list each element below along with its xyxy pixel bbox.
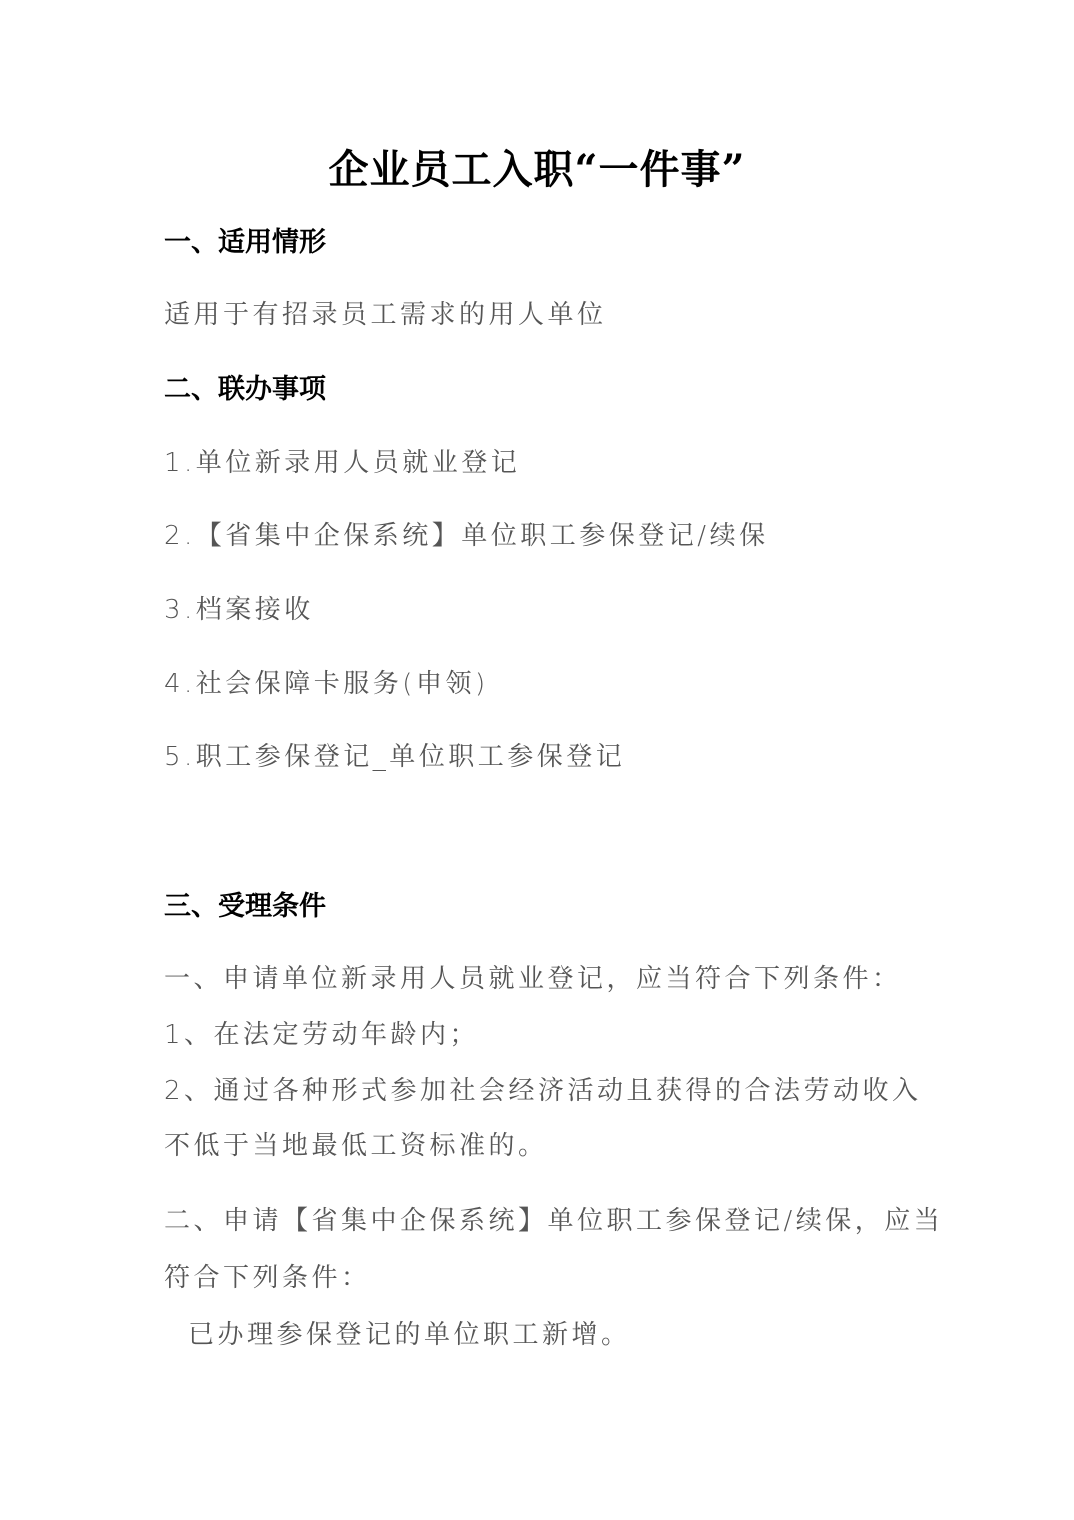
section-paragraph: 二、申请【省集中企保系统】单位职工参保登记/续保，应当 (164, 1203, 943, 1239)
document-title: 企业员工入职“一件事” (0, 142, 1074, 198)
section-paragraph: 已办理参保登记的单位职工新增。 (188, 1317, 631, 1353)
list-item: 1.单位新录用人员就业登记 (164, 445, 520, 481)
section-heading-applicable-situations: 一、适用情形 (164, 225, 326, 261)
document-page: 企业员工入职“一件事” 一、适用情形 适用于有招录员工需求的用人单位 二、联办事… (0, 0, 1074, 1520)
section-heading-acceptance-conditions: 三、受理条件 (164, 889, 326, 925)
section-paragraph: 2、通过各种形式参加社会经济活动且获得的合法劳动收入 (164, 1073, 922, 1109)
list-item: 3.档案接收 (164, 592, 314, 628)
list-item: 4.社会保障卡服务(申领) (164, 666, 489, 702)
section-heading-joint-items: 二、联办事项 (164, 372, 326, 408)
section-paragraph: 符合下列条件： (164, 1260, 371, 1296)
section-paragraph: 适用于有招录员工需求的用人单位 (164, 297, 607, 333)
section-paragraph: 一、申请单位新录用人员就业登记，应当符合下列条件： (164, 961, 902, 997)
list-item: 2.【省集中企保系统】单位职工参保登记/续保 (164, 518, 769, 554)
list-item: 5.职工参保登记_单位职工参保登记 (164, 739, 625, 775)
section-paragraph: 不低于当地最低工资标准的。 (164, 1128, 548, 1164)
section-paragraph: 1、在法定劳动年龄内； (164, 1017, 479, 1053)
